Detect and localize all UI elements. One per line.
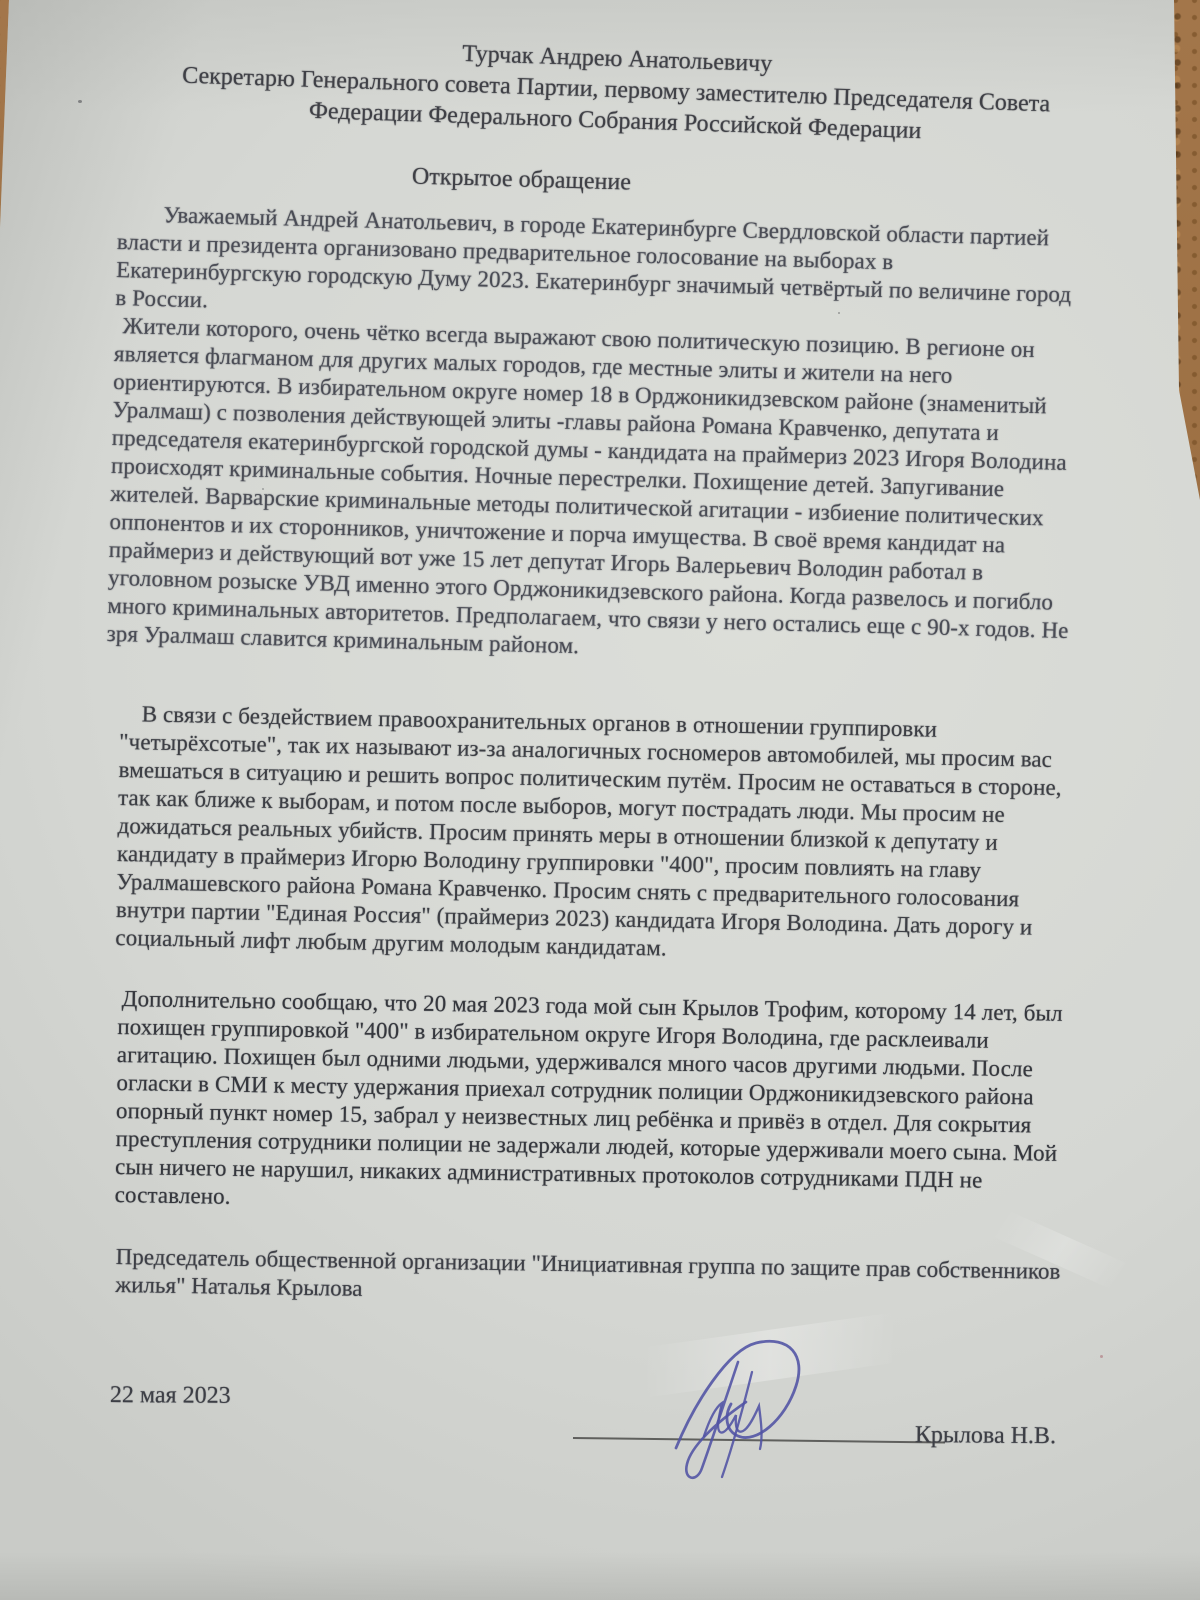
paragraph-3: В связи с бездействием правоохранительны… — [115, 700, 1086, 970]
paragraph-2: Жители которого, очень чётко всегда выра… — [106, 312, 1080, 673]
document-page: Турчак Андрею Анатольевичу Секретарю Ген… — [0, 0, 1200, 1600]
body-block-2: В связи с бездействием правоохранительны… — [115, 700, 1086, 970]
paragraph-4: Дополнительно сообщаю, что 20 мая 2023 г… — [114, 985, 1083, 1224]
body-block-1: Уважаемый Андрей Анатольевич, в городе Е… — [106, 200, 1083, 673]
recipient-address: Турчак Андрею Анатольевичу Секретарю Ген… — [132, 28, 1101, 153]
signature-name-text: Крылова Н.В. — [915, 1422, 1056, 1450]
dust-speck — [838, 312, 840, 314]
dust-speck — [262, 488, 264, 490]
signoff-paragraph: Председатель общественной организации "И… — [115, 1243, 1082, 1314]
dust-speck — [78, 100, 82, 103]
dust-speck — [1100, 1355, 1103, 1358]
date-text: 22 мая 2023 — [110, 1382, 231, 1410]
subject-line: Открытое обращение — [36, 153, 1006, 207]
body-block-3: Дополнительно сообщаю, что 20 мая 2023 г… — [114, 985, 1083, 1224]
handwritten-signature — [652, 1336, 837, 1486]
photo-backdrop: Турчак Андрею Анатольевичу Секретарю Ген… — [0, 0, 1200, 1600]
